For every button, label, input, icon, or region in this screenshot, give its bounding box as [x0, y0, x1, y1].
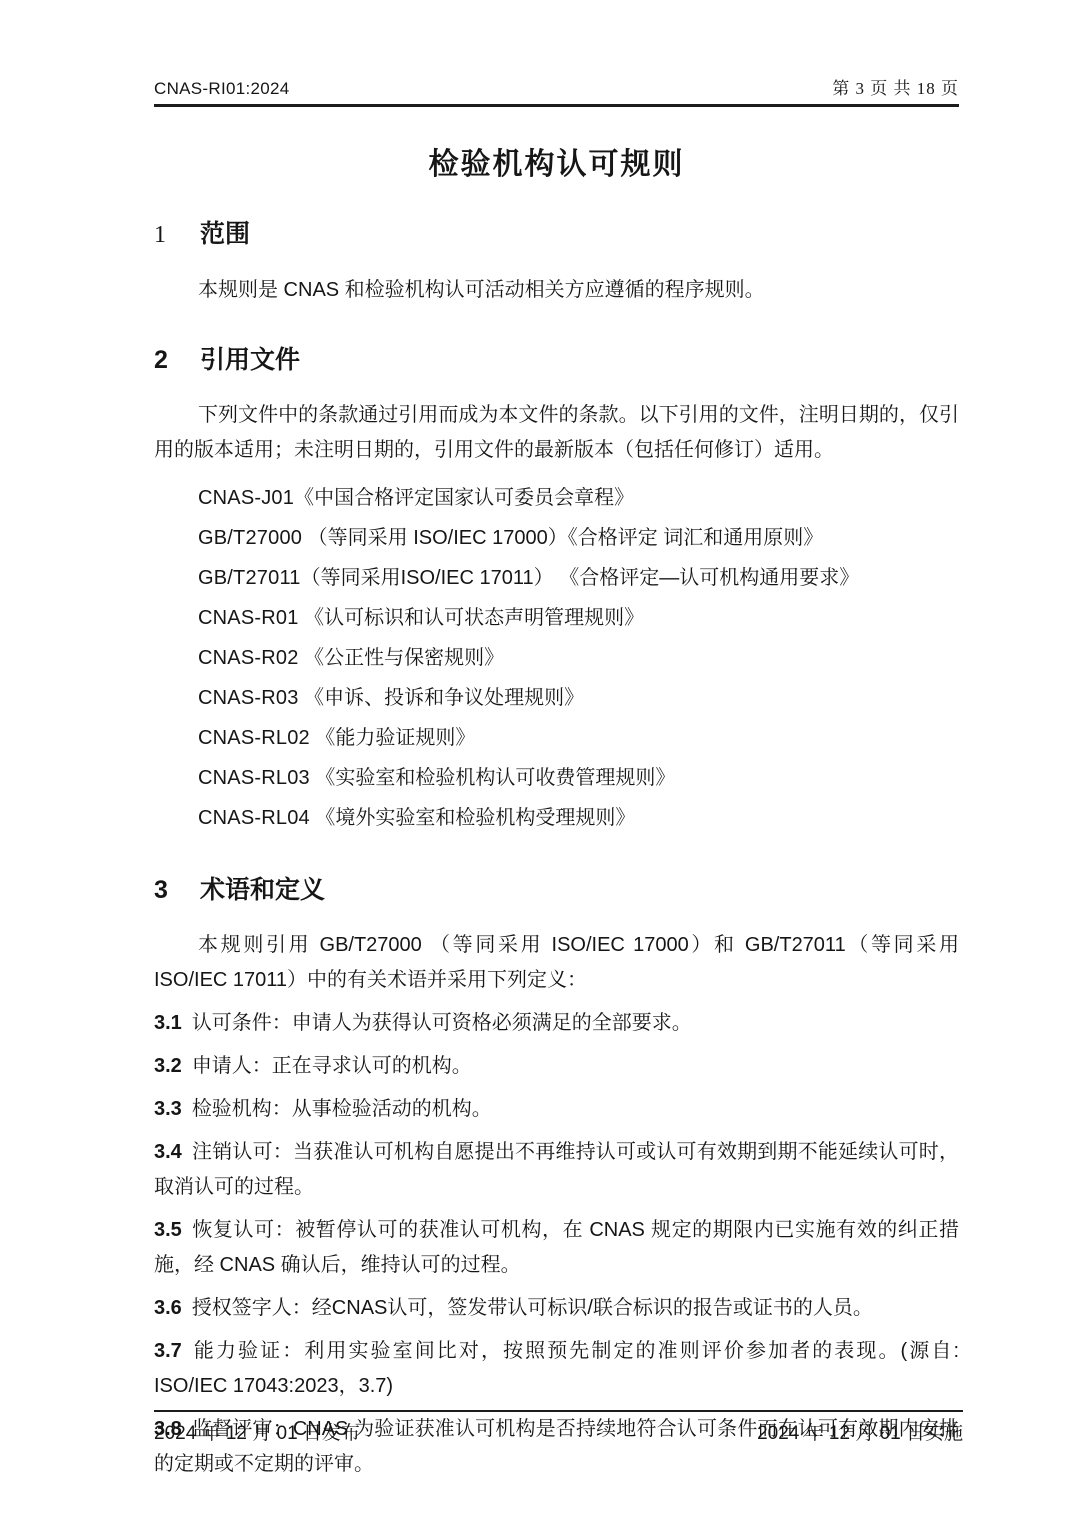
definition-number: 3.3	[154, 1098, 182, 1120]
definition-item: 3.6授权签字人：经CNAS认可，签发带认可标识/联合标识的报告或证书的人员。	[154, 1291, 959, 1326]
definition-item: 3.7能力验证：利用实验室间比对，按照预先制定的准则评价参加者的表现。(源自: …	[154, 1334, 959, 1404]
definition-text: 能力验证：利用实验室间比对，按照预先制定的准则评价参加者的表现。(源自: ISO…	[154, 1340, 959, 1397]
page-number: 第 3 页 共 18 页	[832, 74, 959, 99]
section-1-heading-text: 范围	[200, 220, 250, 248]
definition-text: 申请人：正在寻求认可的机构。	[192, 1055, 472, 1077]
issue-date: 2024 年 12 月 01 日发布	[154, 1418, 360, 1445]
definition-text: 恢复认可：被暂停认可的获准认可机构，在 CNAS 规定的期限内已实施有效的纠正措…	[154, 1219, 959, 1276]
definition-item: 3.3检验机构：从事检验活动的机构。	[154, 1092, 959, 1127]
reference-code: CNAS-RL04	[198, 807, 310, 829]
reference-code: GB/T27000	[198, 527, 302, 549]
definition-text: 认可条件：申请人为获得认可资格必须满足的全部要求。	[192, 1012, 692, 1034]
reference-title: 《境外实验室和检验机构受理规则》	[310, 807, 636, 829]
reference-item: CNAS-R02 《公正性与保密规则》	[198, 638, 959, 678]
reference-code: CNAS-RL03	[198, 767, 310, 789]
section-2-heading: 2 引用文件	[154, 346, 959, 374]
definition-number: 3.1	[154, 1012, 182, 1034]
reference-list: CNAS-J01《中国合格评定国家认可委员会章程》 GB/T27000 （等同采…	[154, 478, 959, 838]
reference-title: （等同采用 ISO/IEC 17000）《合格评定 词汇和通用原则》	[302, 527, 823, 549]
doc-code: CNAS-RI01:2024	[154, 79, 290, 99]
reference-item: CNAS-R01 《认可标识和认可状态声明管理规则》	[198, 598, 959, 638]
document-title: 检验机构认可规则	[154, 148, 959, 182]
definition-number: 3.7	[154, 1340, 182, 1362]
reference-code: CNAS-RL02	[198, 727, 310, 749]
definition-item: 3.5恢复认可：被暂停认可的获准认可机构，在 CNAS 规定的期限内已实施有效的…	[154, 1213, 959, 1283]
definition-text: 注销认可：当获准认可机构自愿提出不再维持认可或认可有效期到期不能延续认可时，取消…	[154, 1141, 959, 1198]
page-content: CNAS-RI01:2024 第 3 页 共 18 页 检验机构认可规则 1 范…	[154, 0, 959, 1482]
definition-item: 3.2申请人：正在寻求认可的机构。	[154, 1049, 959, 1084]
section-3-heading: 3 术语和定义	[154, 876, 959, 904]
reference-title: 《认可标识和认可状态声明管理规则》	[299, 607, 645, 629]
section-3-heading-text: 术语和定义	[200, 876, 325, 904]
definition-number: 3.4	[154, 1141, 182, 1163]
section-3-paragraph: 本规则引用 GB/T27000 （等同采用 ISO/IEC 17000）和 GB…	[154, 928, 959, 998]
reference-code: CNAS-R02	[198, 647, 299, 669]
implementation-date: 2024 年 12 月 01 日实施	[757, 1418, 963, 1445]
reference-code: CNAS-R01	[198, 607, 299, 629]
section-1-number: 1	[154, 221, 200, 249]
reference-item: CNAS-J01《中国合格评定国家认可委员会章程》	[198, 478, 959, 518]
reference-title: 《能力验证规则》	[310, 727, 476, 749]
section-1-heading: 1 范围	[154, 220, 959, 249]
page-header: CNAS-RI01:2024 第 3 页 共 18 页	[154, 0, 959, 107]
reference-item: CNAS-RL03 《实验室和检验机构认可收费管理规则》	[198, 758, 959, 798]
reference-code: CNAS-R03	[198, 687, 299, 709]
reference-item: GB/T27000 （等同采用 ISO/IEC 17000）《合格评定 词汇和通…	[198, 518, 959, 558]
reference-item: CNAS-R03 《申诉、投诉和争议处理规则》	[198, 678, 959, 718]
section-2-heading-text: 引用文件	[200, 346, 300, 374]
reference-title: 《公正性与保密规则》	[299, 647, 505, 669]
definition-text: 检验机构：从事检验活动的机构。	[192, 1098, 492, 1120]
definition-text: 授权签字人：经CNAS认可，签发带认可标识/联合标识的报告或证书的人员。	[192, 1297, 873, 1319]
section-2-paragraph: 下列文件中的条款通过引用而成为本文件的条款。以下引用的文件，注明日期的，仅引用的…	[154, 398, 959, 468]
page-footer: 2024 年 12 月 01 日发布 2024 年 12 月 01 日实施	[154, 1410, 963, 1445]
reference-title: 《中国合格评定国家认可委员会章程》	[294, 487, 634, 509]
reference-item: GB/T27011（等同采用ISO/IEC 17011） 《合格评定—认可机构通…	[198, 558, 959, 598]
reference-title: （等同采用ISO/IEC 17011） 《合格评定—认可机构通用要求》	[301, 567, 860, 589]
section-2-number: 2	[154, 346, 200, 374]
definition-number: 3.6	[154, 1297, 182, 1319]
document-page: CNAS-RI01:2024 第 3 页 共 18 页 检验机构认可规则 1 范…	[0, 0, 1080, 1527]
definition-number: 3.2	[154, 1055, 182, 1077]
definition-number: 3.5	[154, 1219, 182, 1241]
definition-item: 3.4注销认可：当获准认可机构自愿提出不再维持认可或认可有效期到期不能延续认可时…	[154, 1135, 959, 1205]
section-1-paragraph: 本规则是 CNAS 和检验机构认可活动相关方应遵循的程序规则。	[154, 273, 959, 308]
section-3-number: 3	[154, 876, 200, 904]
definition-item: 3.1认可条件：申请人为获得认可资格必须满足的全部要求。	[154, 1006, 959, 1041]
reference-title: 《实验室和检验机构认可收费管理规则》	[310, 767, 676, 789]
reference-code: GB/T27011	[198, 567, 301, 589]
reference-item: CNAS-RL04 《境外实验室和检验机构受理规则》	[198, 798, 959, 838]
reference-code: CNAS-J01	[198, 487, 294, 509]
reference-title: 《申诉、投诉和争议处理规则》	[299, 687, 585, 709]
reference-item: CNAS-RL02 《能力验证规则》	[198, 718, 959, 758]
